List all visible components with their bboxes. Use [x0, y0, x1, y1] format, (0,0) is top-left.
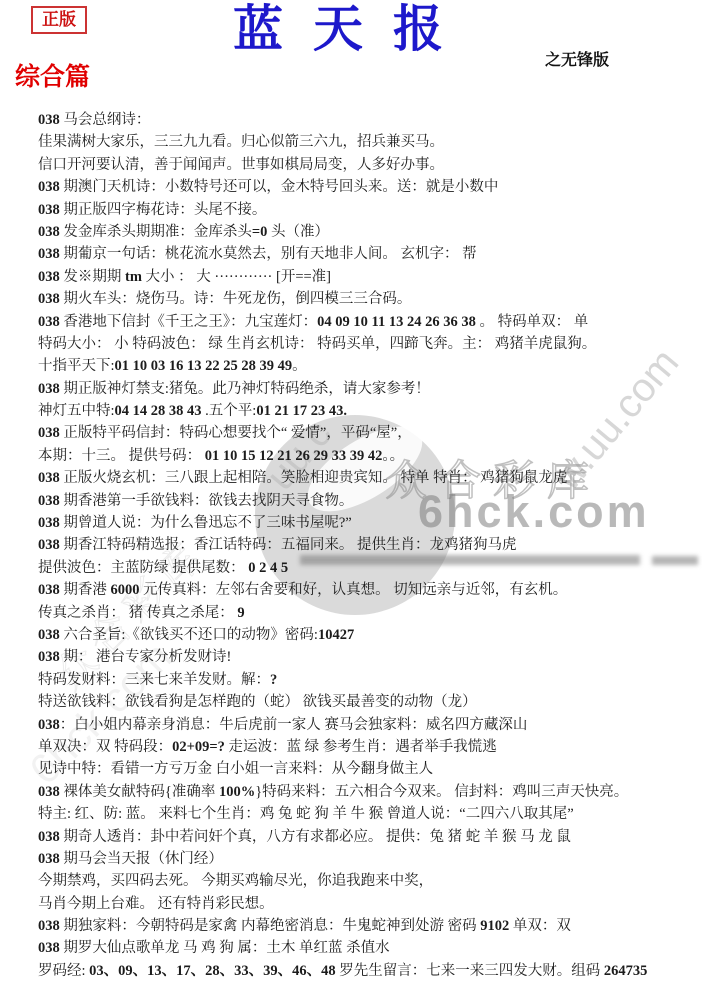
text-line: 038 期香港 6000 元传真料：左邻右舍要和好，认真想。 切知远亲与近邻，有…: [38, 579, 696, 601]
text-line: 038 期香江特码精选报：香江话特码：五福同来。 提供生肖：龙鸡猪狗马虎: [38, 534, 696, 556]
text-line: 038 期香港第一手欲钱料：欲钱去找阴天寻食物。: [38, 490, 696, 512]
text-line: 单双决：双 特码段：02+09=? 走运波：蓝 绿 参考生肖：遇者举手我慌逃: [38, 736, 696, 758]
text-line: 038 发金库杀头期期准：金库杀头=0 头（准）: [38, 221, 696, 243]
text-line: 038 六合圣旨:《欲钱买不还口的动物》密码:10427: [38, 624, 696, 646]
text-line: 今期禁鸡，买四码去死。 今期买鸡输尽光，你追我跑来中奖，: [38, 870, 696, 892]
text-line: 特码大小： 小 特码波色： 绿 生肖玄机诗： 特码买单，四蹄飞奔。主： 鸡猪羊虎…: [38, 333, 696, 355]
text-line: 038 香港地下信封《千王之王》：九宝莲灯：04 09 10 11 13 24 …: [38, 311, 696, 333]
text-line: 罗码经: 03、09、13、17、28、33、39、46、48 罗先生留言：七来…: [38, 960, 696, 982]
text-line: 038 马会总纲诗：: [38, 109, 696, 131]
text-line: 特送欲钱料：欲钱看狗是怎样跑的（蛇） 欲钱买最善变的动物（龙）: [38, 691, 696, 713]
text-line: 038 期马会当天报（休门经）: [38, 848, 696, 870]
edition-label: 之无锋版: [545, 47, 609, 70]
smudged-text-artifact: [300, 555, 640, 565]
text-line: 038 正版特平码信封：特码心想要找个“ 爱情”，平码“屋”，: [38, 422, 696, 444]
text-line: 见诗中特：看错一方亏万金 白小姐一言来料：从今翻身做主人: [38, 758, 696, 780]
text-line: 传真之杀肖： 猪 传真之杀尾： 9: [38, 602, 696, 624]
text-line: 038 期曾道人说：为什么鲁迅忘不了三味书屋呢?”: [38, 512, 696, 534]
page-title: 蓝天报: [233, 0, 473, 58]
text-line: 038 裸体美女献特码{准确率 100%}特码来料：五六相合今双来。 信封料：鸡…: [38, 781, 696, 803]
text-line: 038 期奇人透肖：卦中若问奸个真，八方有求都必应。 提供：兔 猪 蛇 羊 猴 …: [38, 826, 696, 848]
text-line: 信口开河要认清，善于闻闻声。世事如棋局局变，人多好办事。: [38, 154, 696, 176]
text-line: 038 期葡京一句话：桃花流水莫然去，别有天地非人间。 玄机字： 帮: [38, 243, 696, 265]
text-line: 038 期： 港台专家分析发财诗!: [38, 646, 696, 668]
text-line: 038 发※期期 tm 大小 ： 大 ············ [开==准]: [38, 266, 696, 288]
text-line: 038 期澳门天机诗：小数特号还可以，金木特号回头来。送：就是小数中: [38, 176, 696, 198]
genuine-badge: 正版: [31, 6, 87, 34]
text-line: 特码发财料：三来七来羊发财。解：?: [38, 669, 696, 691]
smudged-text-artifact-2: [652, 556, 698, 565]
text-line: 神灯五中特:04 14 28 38 43 .五个平:01 21 17 23 43…: [38, 400, 696, 422]
text-line: 038 正版火烧玄机：三八跟上起相陪。笑脸相迎贵宾知。 特单 特肖： 鸡猪狗鼠龙…: [38, 467, 696, 489]
text-line: 十指平天下:01 10 03 16 13 22 25 28 39 49。: [38, 355, 696, 377]
text-line: 特主: 红、防: 蓝。 来料七个生肖：鸡 兔 蛇 狗 羊 牛 猴 曾道人说：“二…: [38, 803, 696, 825]
text-line: 038 期独家料：今朝特码是家禽 内幕绝密消息：牛鬼蛇神到处游 密码 9102 …: [38, 915, 696, 937]
text-line: 038 期正版四字梅花诗：头尾不接。: [38, 199, 696, 221]
text-line: 佳果满树大家乐，三三九九看。归心似箭三六九，招兵兼买马。: [38, 131, 696, 153]
text-line: 本期：十三。 提供号码： 01 10 15 12 21 26 29 33 39 …: [38, 445, 696, 467]
text-line: 038 期火车头：烧伤马。诗：牛死龙伤，倒四模三三合码。: [38, 288, 696, 310]
text-line: 038：白小姐内幕亲身消息：牛后虎前一家人 赛马会独家料：威名四方藏深山: [38, 714, 696, 736]
newspaper-page: 众合彩库 6hck.com w.uu.com uu.c 6hck.com 众合彩…: [0, 0, 702, 997]
section-title: 综合篇: [15, 57, 90, 93]
text-line: 马肖今期上台难。 还有特肖彩民想。: [38, 893, 696, 915]
text-line: 038 期正版神灯禁支:猪兔。此乃神灯特码绝杀，请大家参考！: [38, 378, 696, 400]
content-lines: 038 马会总纲诗：佳果满树大家乐，三三九九看。归心似箭三六九，招兵兼买马。信口…: [38, 109, 696, 982]
text-line: 038 期罗大仙点歌单龙 马 鸡 狗 属：土木 单红蓝 杀值水: [38, 937, 696, 959]
